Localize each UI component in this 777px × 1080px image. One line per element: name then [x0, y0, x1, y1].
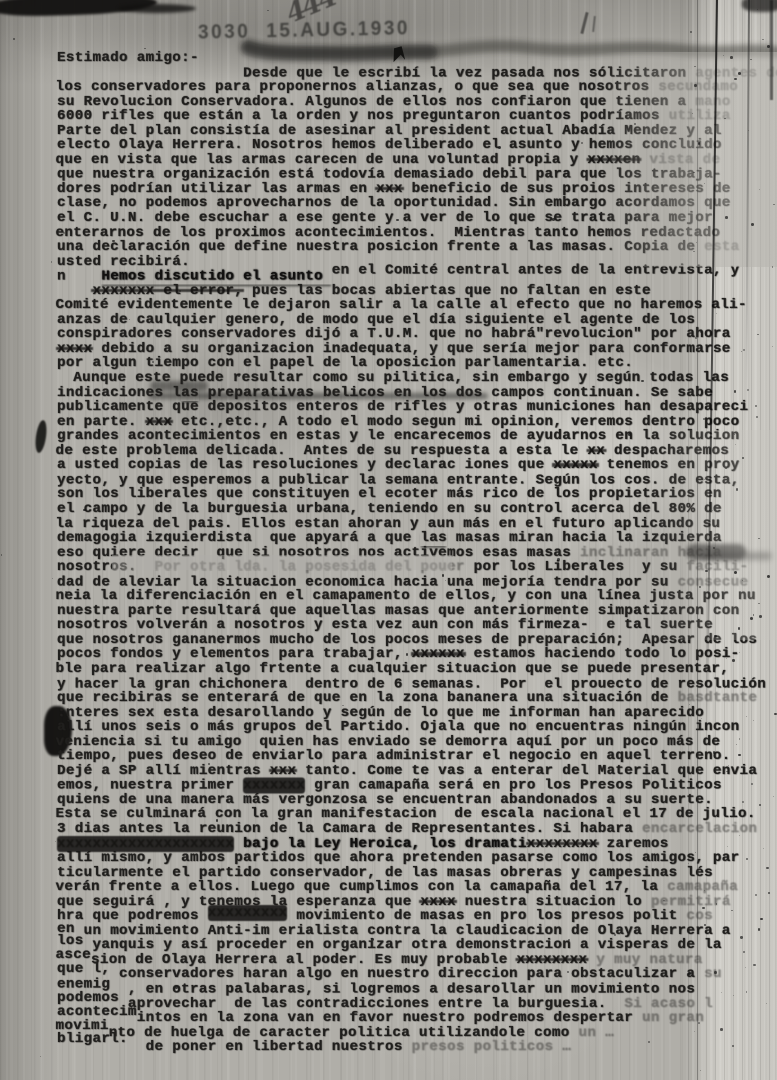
scanned-letter-page: 444 3030 15.AUG.1930 Estimado amigo:- De… — [0, 0, 777, 1080]
scan-specks — [0, 0, 777, 1080]
